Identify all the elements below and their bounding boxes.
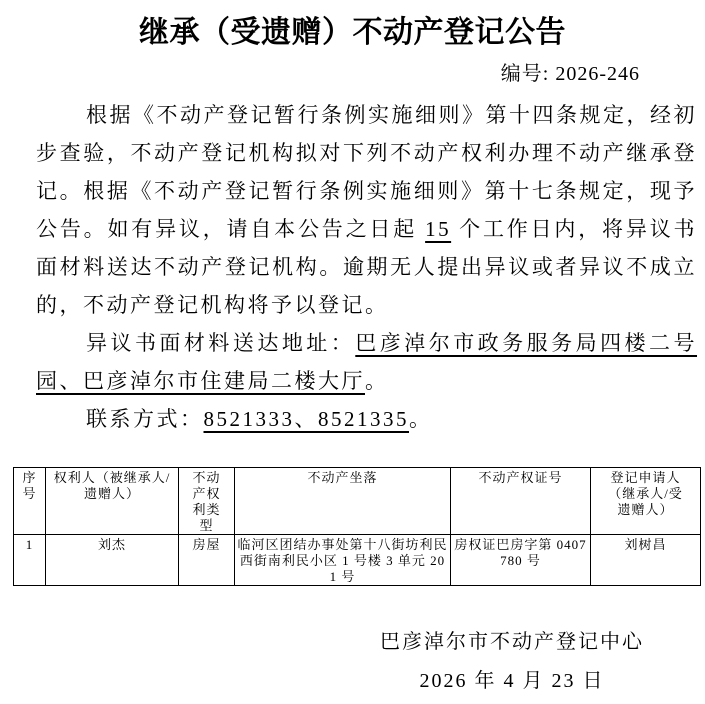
header-property-right-type: 不动产权利类型 [179, 468, 235, 535]
paragraph-objection-address: 异议书面材料送达地址：巴彦淖尔市政务服务局四楼二号园、巴彦淖尔市住建局二楼大厅。 [36, 324, 697, 400]
header-registration-applicant: 登记申请人（继承人/受遗赠人） [591, 468, 701, 535]
cell-registration-applicant: 刘树昌 [591, 535, 701, 586]
body-text: 根据《不动产登记暂行条例实施细则》第十四条规定，经初步查验，不动产登记机构拟对下… [36, 96, 697, 438]
page-title: 继承（受遗赠）不动产登记公告 [0, 15, 705, 51]
cell-right-holder: 刘杰 [46, 535, 179, 586]
cell-property-right-type: 房屋 [179, 535, 235, 586]
cell-certificate-number: 房权证巴房字第 0407780 号 [451, 535, 591, 586]
property-table: 序号 权利人（被继承人/遗赠人） 不动产权利类型 不动产坐落 不动产权证号 登记… [13, 467, 701, 586]
paragraph-legal-basis: 根据《不动产登记暂行条例实施细则》第十四条规定，经初步查验，不动产登记机构拟对下… [36, 96, 697, 324]
cell-sequence-number: 1 [14, 535, 46, 586]
header-property-location: 不动产坐落 [235, 468, 451, 535]
header-sequence-number: 序号 [14, 468, 46, 535]
header-right-holder: 权利人（被继承人/遗赠人） [46, 468, 179, 535]
table-header-row: 序号 权利人（被继承人/遗赠人） 不动产权利类型 不动产坐落 不动产权证号 登记… [14, 468, 701, 535]
cell-property-location: 临河区团结办事处第十八街坊利民西街南利民小区 1 号楼 3 单元 201 号 [235, 535, 451, 586]
paragraph-contact: 联系方式：8521333、8521335。 [36, 400, 697, 438]
document-number: 编号: 2026-246 [501, 61, 640, 87]
header-certificate-number: 不动产权证号 [451, 468, 591, 535]
announcement-document: 继承（受遗赠）不动产登记公告 编号: 2026-246 根据《不动产登记暂行条例… [0, 0, 705, 704]
table-row: 1 刘杰 房屋 临河区团结办事处第十八街坊利民西街南利民小区 1 号楼 3 单元… [14, 535, 701, 586]
issue-date: 2026 年 4 月 23 日 [347, 662, 677, 701]
issuing-authority: 巴彦淖尔市不动产登记中心 [347, 623, 677, 662]
footer: 巴彦淖尔市不动产登记中心 2026 年 4 月 23 日 [347, 623, 677, 701]
